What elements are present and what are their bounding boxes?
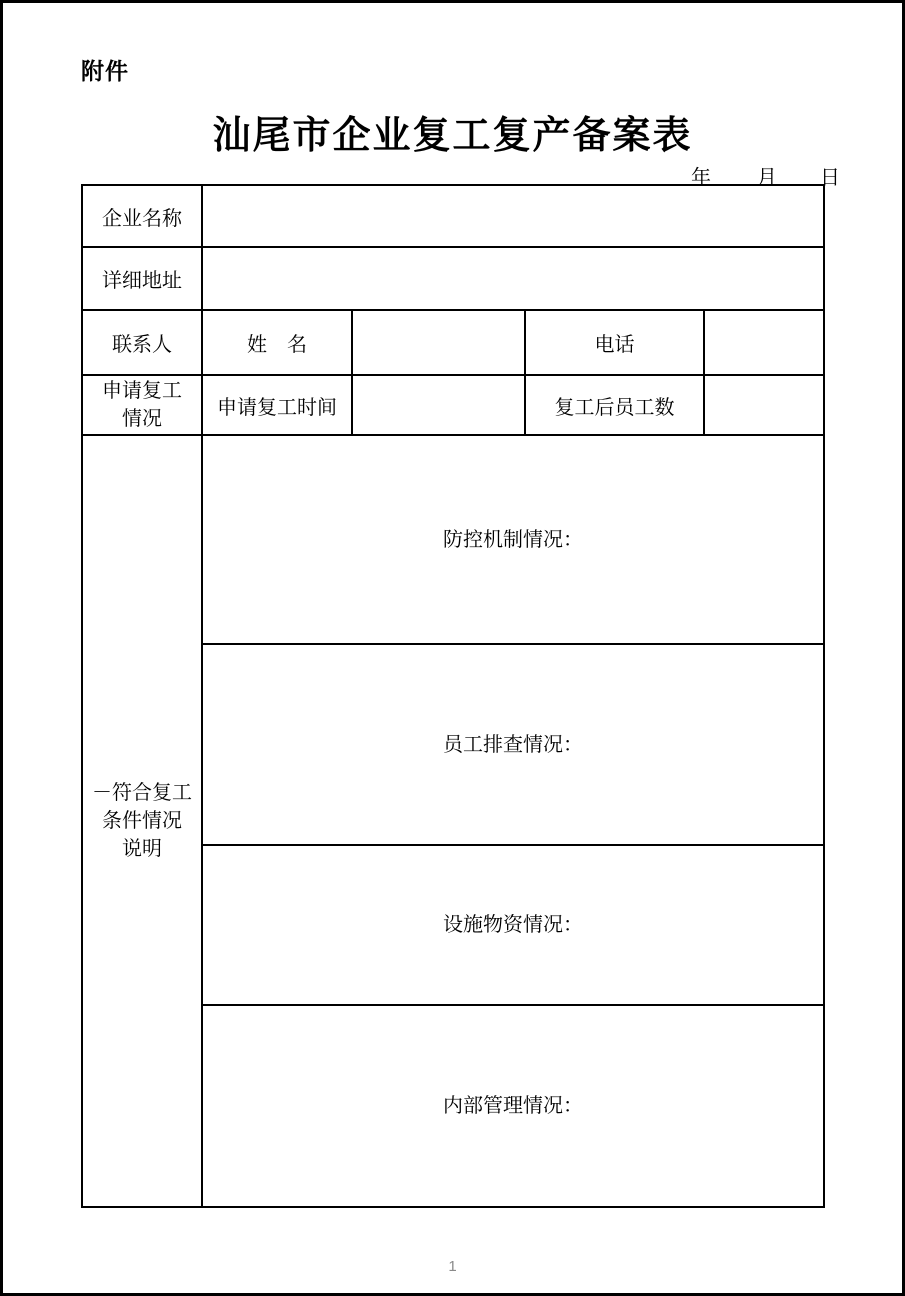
table-row-apply-status: 申请复工 情况 申请复工时间 复工后员工数	[82, 375, 824, 435]
table-row-section-prevention: －符合复工 条件情况 说明 防控机制情况：	[82, 435, 824, 644]
table-row-contact: 联系人 姓 名 电话	[82, 310, 824, 375]
table-row-address: 详细地址	[82, 247, 824, 310]
section-employee-screening: 员工排查情况：	[202, 644, 824, 845]
contact-label: 联系人	[82, 310, 202, 375]
date-line: 年 月 日	[3, 161, 902, 185]
contact-name-value-cell	[352, 310, 525, 375]
document-page: 附件 汕尾市企业复工复产备案表 年 月 日 企业名称 详细地址 联系人 姓 名 …	[0, 0, 905, 1296]
phone-value-cell	[704, 310, 824, 375]
employees-after-value-cell	[704, 375, 824, 435]
section-internal-management: 内部管理情况：	[202, 1005, 824, 1207]
enterprise-name-label: 企业名称	[82, 185, 202, 247]
phone-label: 电话	[525, 310, 704, 375]
page-number: 1	[3, 1258, 902, 1275]
page-title: 汕尾市企业复工复产备案表	[3, 104, 902, 159]
address-label: 详细地址	[82, 247, 202, 310]
apply-time-value-cell	[352, 375, 525, 435]
section-prevention-mechanism: 防控机制情况：	[202, 435, 824, 644]
conditions-header-label: －符合复工 条件情况 说明	[82, 435, 202, 1207]
table-row-enterprise-name: 企业名称	[82, 185, 824, 247]
employees-after-label: 复工后员工数	[525, 375, 704, 435]
section-facility-supplies: 设施物资情况：	[202, 845, 824, 1005]
contact-name-label: 姓 名	[202, 310, 352, 375]
registration-form-table: 企业名称 详细地址 联系人 姓 名 电话 申请复工 情况 申请复工时间 复工后员…	[81, 184, 825, 1208]
apply-status-label: 申请复工 情况	[82, 375, 202, 435]
apply-time-label: 申请复工时间	[202, 375, 352, 435]
enterprise-name-value-cell	[202, 185, 824, 247]
attachment-label: 附件	[81, 53, 129, 86]
address-value-cell	[202, 247, 824, 310]
